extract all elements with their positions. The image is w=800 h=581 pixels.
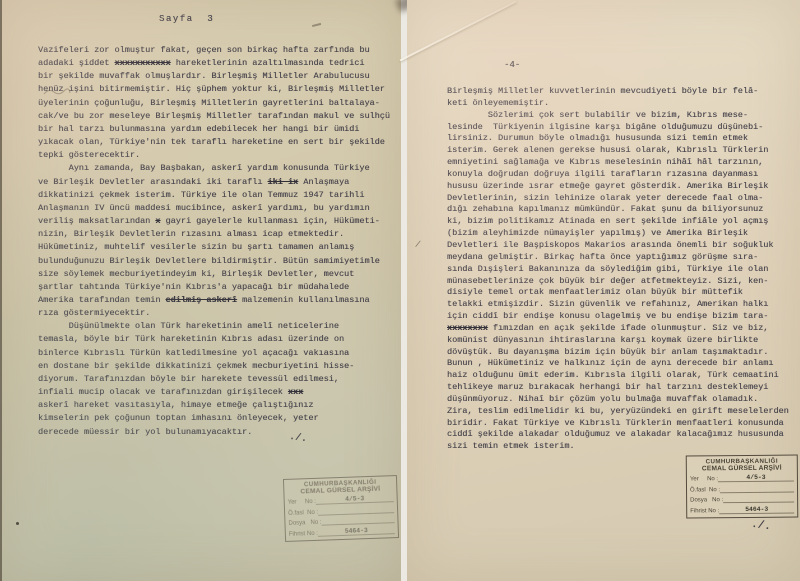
text-line: lesinde Türkiyenin ilgisine karşı bigâne… xyxy=(447,122,789,134)
text-line: henüz işini bitirmemiştir. Hiç şüphem yo… xyxy=(38,83,390,96)
text-line: münasebetlerinize çok büyük bir değer at… xyxy=(447,276,789,288)
text-line: sizi temin etmek isterim. xyxy=(447,441,789,453)
text-line: dığı zehabına kapılmanız mümkündür. Faka… xyxy=(447,204,789,216)
stamp-field-row: Fihrist No :5464-3 xyxy=(690,505,794,514)
text-line: ki, bizim politikamız Atinada en sert şe… xyxy=(447,216,789,228)
text-line: derecede müessir bir yol bulunamıyacaktı… xyxy=(38,426,390,439)
text-line: üyelerinin çoğunluğu, Birleşmiş Milletle… xyxy=(38,97,390,110)
text-line: düşünmüyoruz. Nihaî bir çözüm yolu bulma… xyxy=(447,394,789,406)
stamp-field-value xyxy=(318,505,394,516)
stamp-field-value xyxy=(723,495,794,504)
paper-speck xyxy=(16,522,19,525)
text-line: size söylemek mecburiyetindeyim ki, Birl… xyxy=(38,268,390,281)
continuation-mark-left: ./. xyxy=(288,432,307,445)
text-line: temasla, böyle bir Türk hareketinin Kıbr… xyxy=(38,333,390,346)
text-line: biridir. Fakat Türkiye ve Kıbrıslı Türkl… xyxy=(447,418,789,430)
page-right-text: Birleşmiş Milletler kuvvetlerinin mevcud… xyxy=(447,86,789,453)
text-line: xxxxxxxx fımızdan en açık şekilde ifade … xyxy=(447,323,789,335)
stamp-field-row: Ö.fasl No : xyxy=(690,484,794,493)
handwritten-slash: / xyxy=(414,240,421,251)
text-line: Zira, teslim edilmelidir ki bu, yeryüzün… xyxy=(447,406,789,418)
archive-stamp-left: CUMHURBAŞKANLIĞI CEMAL GÜRSEL ARŞİVİ Yer… xyxy=(283,475,399,542)
stamp-fields: Yer No :4/5-3Ö.fasl No :Dosya No :Fihris… xyxy=(690,474,794,514)
stamp-subtitle: CEMAL GÜRSEL ARŞİVİ xyxy=(690,465,794,473)
stamp-fields: Yer No :4/5-3Ö.fasl No :Dosya No :Fihris… xyxy=(288,495,395,538)
stamp-field-label: Dosya No : xyxy=(690,497,723,503)
text-line: ciddî şekilde alakadar olduğumuz ve alak… xyxy=(447,429,789,441)
text-line: keti önleyememiştir. xyxy=(447,98,789,110)
text-line: komünist dünyasının ihtiraslarına karşı … xyxy=(447,335,789,347)
text-line: rıza göstermiyecektir. xyxy=(38,307,390,320)
text-line: Sözlerimi çok sert bulabilir ve bizim, K… xyxy=(447,110,789,122)
stamp-field-label: Dosya No : xyxy=(288,520,321,527)
text-line: ve Birleşik Devletler arasındaki iki tar… xyxy=(38,176,390,189)
text-line: dikkatinizi çekmek isterim. Türkiye ile … xyxy=(38,189,390,202)
stamp-field-value xyxy=(720,484,794,493)
page-number-left: Sayfa 3 xyxy=(159,14,214,24)
text-line: Devletleri ile Başpiskopos Makarios aras… xyxy=(447,240,789,252)
text-line: Birleşmiş Milletler kuvvetlerinin mevcud… xyxy=(447,86,789,98)
pencil-dash-mark xyxy=(312,23,321,27)
text-line: haiz olduğunu ümit ederim. Kıbrısla ilgi… xyxy=(447,370,789,382)
text-line: veriliş maksatlarından x gayri gayelerle… xyxy=(38,215,390,228)
page-left: Sayfa 3 Vazifeleri zor olmuştur fakat, g… xyxy=(0,0,401,581)
stamp-field-label: Ö.fasl No : xyxy=(288,510,318,517)
text-line: Bunun , Hükümetiniz ve halkınız için de … xyxy=(447,358,789,370)
text-line: Vazifeleri zor olmuştur fakat, geçen son… xyxy=(38,44,390,57)
document-scan: Sayfa 3 Vazifeleri zor olmuştur fakat, g… xyxy=(0,0,800,581)
text-line: dövüştük. Bu dayanışma bizim için büyük … xyxy=(447,347,789,359)
text-line: sında Dışişleri Bakanınıza da söylediğim… xyxy=(447,264,789,276)
text-line: Amerika tarafından temin edilmiş askerî … xyxy=(38,294,390,307)
stamp-field-label: Yer No : xyxy=(690,477,718,483)
text-line: (bizim aleyhimizde nümayişler yapılmış) … xyxy=(447,228,789,240)
text-line: için ciddî bir endişe konusu olagelmiş v… xyxy=(447,311,789,323)
text-line: kimselerin pek çoğunun toptan imhasını ö… xyxy=(38,412,390,425)
text-line: Hükümetiniz, muhtelif vesilerle sizin bu… xyxy=(38,241,390,254)
stamp-field-row: Fihrist No :5464-3 xyxy=(289,526,395,538)
text-line: bir şekilde muvaffak olmuşlardır. Birleş… xyxy=(38,70,390,83)
text-line: diyorum. Tarafınızdan böyle bir harekete… xyxy=(38,373,390,386)
text-line: tepki gösterecektir. xyxy=(38,149,390,162)
text-line: isterim. Gerek alenen gerekse hususi ola… xyxy=(447,145,789,157)
text-line: Aynı zamanda, Bay Başbakan, askerî yardı… xyxy=(38,162,390,175)
text-line: adadaki şiddet xxxxxxxxxxx hareketlerini… xyxy=(38,57,390,70)
text-line: şartlar tahtında Türkiye'nin Kıbrıs'a ya… xyxy=(38,281,390,294)
stamp-field-value: 4/5-3 xyxy=(316,495,394,506)
text-line: Devletlerinin, sizin lehinize olarak yet… xyxy=(447,193,789,205)
text-line: bulunduğunuzu Birleşik Devletlere bildir… xyxy=(38,255,390,268)
text-line: disiyle temel ortak menfaatlerimiz olan … xyxy=(447,287,789,299)
text-line: yıkacak olan, Türkiye'nin tek taraflı ha… xyxy=(38,136,390,149)
continuation-mark-right: ./. xyxy=(750,519,771,534)
text-line: bir hal tarzı bulunmasına yardım edebile… xyxy=(38,123,390,136)
text-line: cak/ve bu zor meseleye Birleşmiş Milletl… xyxy=(38,110,390,123)
archive-stamp-right: CUMHURBAŞKANLIĞI CEMAL GÜRSEL ARŞİVİ Yer… xyxy=(686,455,799,519)
page-left-text: Vazifeleri zor olmuştur fakat, geçen son… xyxy=(38,44,390,439)
stamp-field-value xyxy=(321,515,394,526)
stamp-field-row: Yer No :4/5-3 xyxy=(690,474,794,483)
text-line: telakki etmişizdir. Sizin güvenlik ve re… xyxy=(447,299,789,311)
text-line: hususu üzerinde ısrar etmeğe gayret göst… xyxy=(447,181,789,193)
stamp-field-value: 5464-3 xyxy=(318,526,395,537)
stamp-field-label: Ö.fasl No : xyxy=(690,487,720,493)
paper-crease xyxy=(400,1,517,62)
text-line: lirsiniz. Durumun böyle olmadığı hususun… xyxy=(447,133,789,145)
text-line: meydana gelmiştir. Birkaç hafta önce yap… xyxy=(447,252,789,264)
page-right: -4- / Birleşmiş Milletler kuvvetlerinin … xyxy=(407,0,800,581)
text-line: askerî hareket vasıtasıyla, himaye etmeğ… xyxy=(38,399,390,412)
stamp-field-value: 4/5-3 xyxy=(718,474,794,483)
stamp-field-value: 5464-3 xyxy=(719,505,794,514)
text-line: Anlaşmanın IV üncü maddesi mucibince, as… xyxy=(38,202,390,215)
text-line: tehlikeye maruz bırakacak herhangi bir h… xyxy=(447,382,789,394)
stamp-field-label: Fihrist No : xyxy=(690,508,719,514)
text-line: konuyla doğrudan doğruya ilgili taraflar… xyxy=(447,169,789,181)
stamp-field-label: Fihrist No : xyxy=(289,530,318,537)
text-line: en dostane bir şekilde dikkatinizi çekme… xyxy=(38,360,390,373)
page-number-right: -4- xyxy=(504,60,520,70)
stamp-field-label: Yer No : xyxy=(288,499,316,506)
text-line: infiali mucip olacak ve tarafınızdan gir… xyxy=(38,386,390,399)
text-line: emniyetini sağlamağa ve Kıbrıs meselesin… xyxy=(447,157,789,169)
stamp-field-row: Dosya No : xyxy=(690,495,794,504)
text-line: Düşünülmekte olan Türk hareketinin amelî… xyxy=(38,320,390,333)
text-line: binlerce Kıbrıslı Türkün katledilmesine … xyxy=(38,347,390,360)
text-line: nizin, Birleşik Devletlerin rızasını alm… xyxy=(38,228,390,241)
